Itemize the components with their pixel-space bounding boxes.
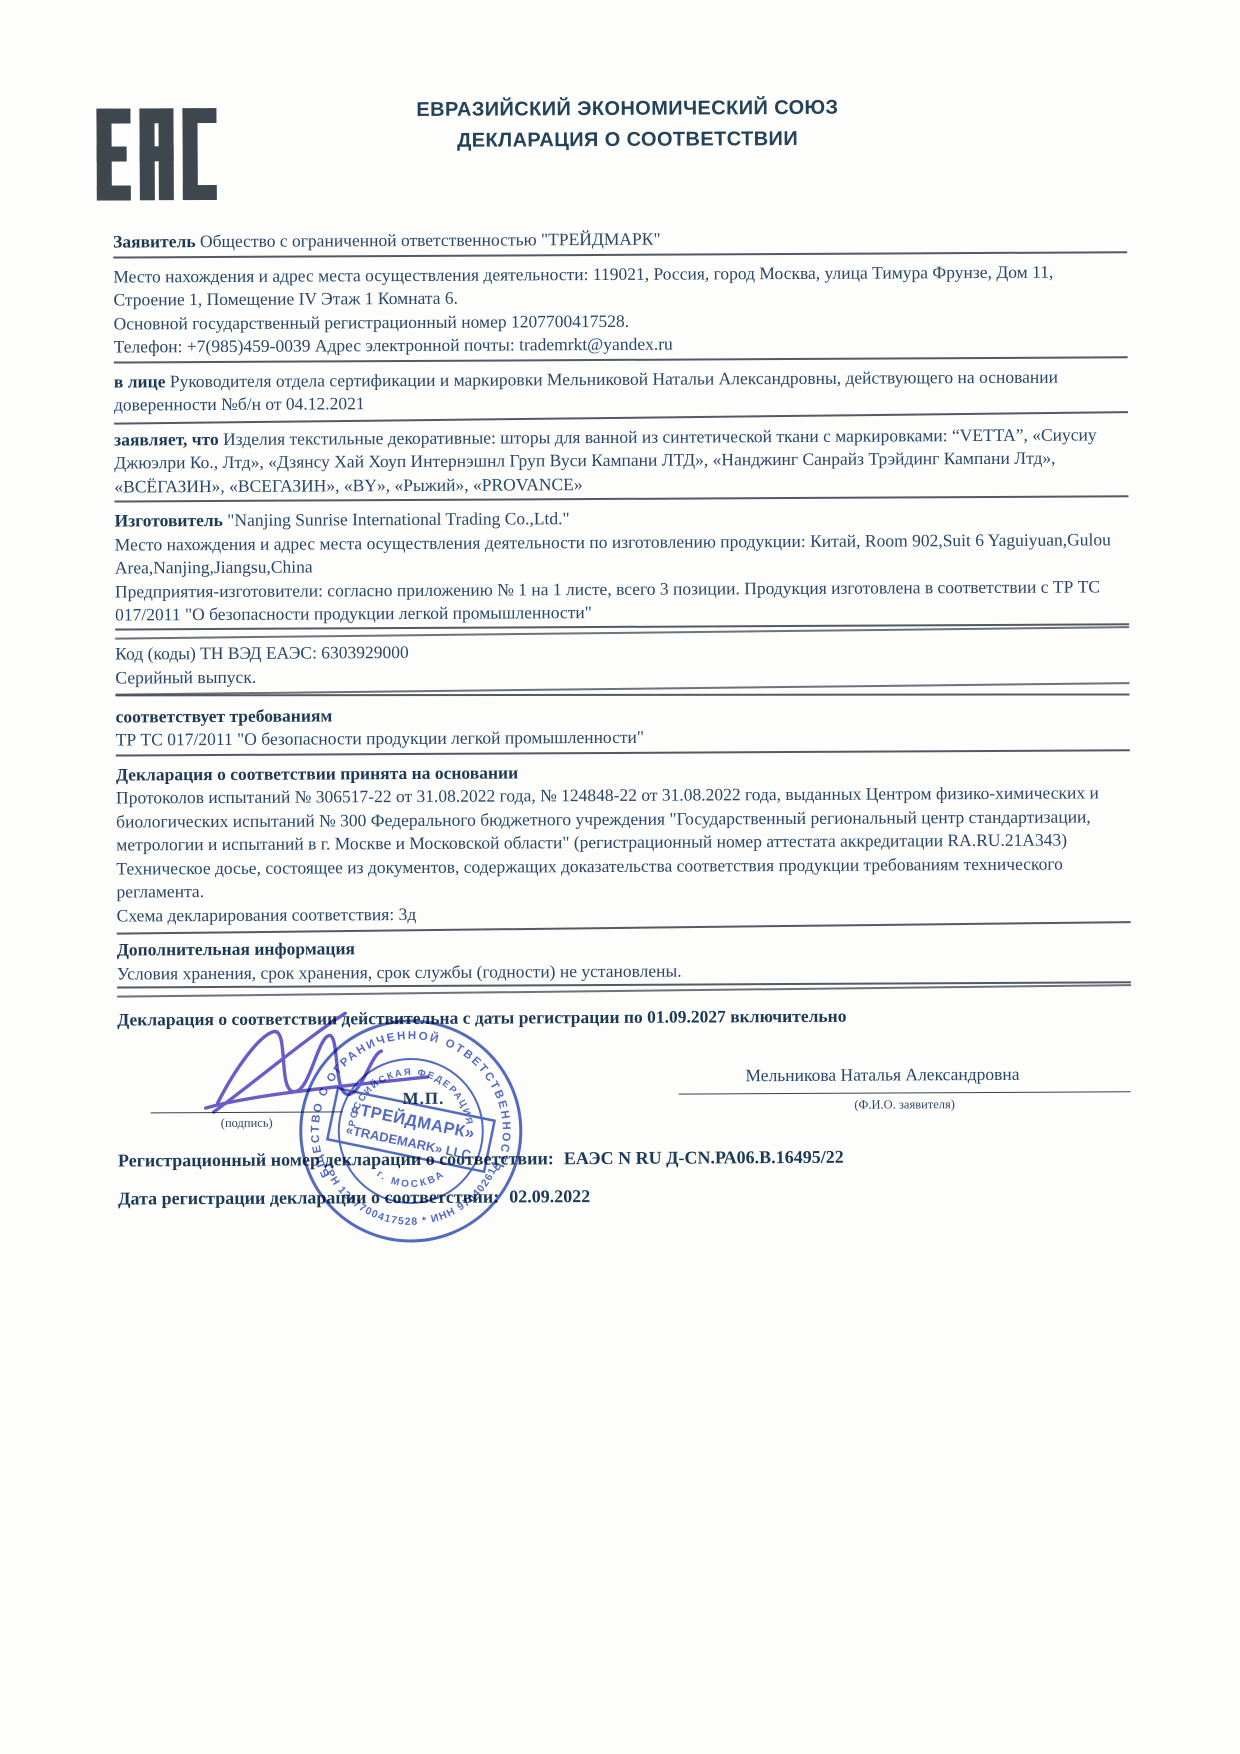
person-label: в лице	[114, 371, 166, 391]
declares-text: Изделия текстильные декоративные: шторы …	[114, 424, 1096, 496]
person-row: в лице Руководителя отдела сертификации …	[114, 365, 1112, 417]
declaration-document-page: ЕВРАЗИЙСКИЙ ЭКОНОМИЧЕСКИЙ СОЮЗ ДЕКЛАРАЦИ…	[0, 0, 1240, 1754]
registration-number-value: ЕАЭС N RU Д-CN.РА06.В.16495/22	[564, 1147, 844, 1168]
title-line-declaration: ДЕКЛАРАЦИЯ О СООТВЕТСТВИИ	[318, 123, 938, 157]
manufacturer-address: Место нахождения и адрес места осуществл…	[115, 528, 1113, 580]
document-title: ЕВРАЗИЙСКИЙ ЭКОНОМИЧЕСКИЙ СОЮЗ ДЕКЛАРАЦИ…	[317, 92, 937, 157]
basis-protocols: Протоколов испытаний № 306517-22 от 31.0…	[116, 781, 1114, 857]
applicant-label: Заявитель	[113, 231, 196, 251]
applicant-name: Общество с ограниченной ответственностью…	[200, 229, 661, 251]
manufacturer-label: Изготовитель	[115, 510, 223, 531]
title-line-union: ЕВРАЗИЙСКИЙ ЭКОНОМИЧЕСКИЙ СОЮЗ	[317, 92, 937, 126]
handwritten-signature	[177, 1007, 448, 1128]
declares-label: заявляет, что	[114, 428, 219, 449]
manufacturer-name: "Nanjing Sunrise International Trading C…	[227, 508, 569, 530]
conformity-text: ТР ТС 017/2011 "О безопасности продукции…	[116, 723, 1114, 752]
declares-row: заявляет, что Изделия текстильные декора…	[114, 423, 1112, 499]
divider	[115, 693, 1129, 696]
eac-mark-logo	[95, 108, 217, 201]
fio-line	[679, 1091, 1131, 1094]
applicant-contacts: Телефон: +7(985)459-0039 Адрес электронн…	[114, 330, 1112, 359]
applicant-row: Заявитель Общество с ограниченной ответс…	[113, 225, 1111, 254]
svg-text:г. МОСКВА: г. МОСКВА	[374, 1168, 447, 1190]
manufacturer-plants: Предприятия-изготовители: согласно прило…	[115, 575, 1113, 627]
document-body: Заявитель Общество с ограниченной ответс…	[113, 225, 1131, 1031]
basis-dossier: Техническое досье, состоящее из документ…	[116, 852, 1114, 904]
applicant-fio: Мельникова Наталья Александровна	[642, 1063, 1122, 1087]
scanned-document: ЕВРАЗИЙСКИЙ ЭКОНОМИЧЕСКИЙ СОЮЗ ДЕКЛАРАЦИ…	[0, 0, 1240, 1754]
applicant-address: Место нахождения и адрес места осуществл…	[113, 260, 1111, 312]
stamp-inner-bottom-text: г. МОСКВА	[374, 1168, 447, 1190]
fio-caption: (Ф.И.О. заявителя)	[679, 1096, 1131, 1113]
person-text: Руководителя отдела сертификации и марки…	[114, 366, 1058, 414]
